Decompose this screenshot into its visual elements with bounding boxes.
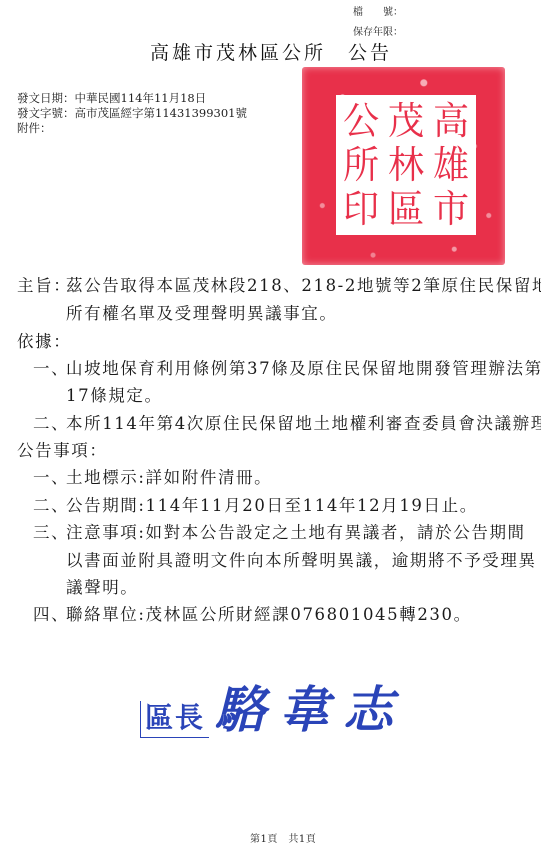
official-seal-stamp: 高 雄 市 茂 林 區 公 所 印 xyxy=(302,67,505,265)
basis-item-1-line-2: 17條規定。 xyxy=(66,382,163,406)
notice-item-4-number: 四、 xyxy=(33,601,69,625)
notice-item-2-number: 二、 xyxy=(33,492,69,516)
seal-character: 區 xyxy=(388,188,424,230)
seal-character: 市 xyxy=(433,188,469,230)
notice-item-1-number: 一、 xyxy=(33,464,69,488)
page-title: 高雄市茂林區公所 公告 xyxy=(150,38,392,65)
signature-title: 區長 xyxy=(140,701,209,738)
seal-character: 高 xyxy=(433,100,469,142)
page-number: 第1頁 共1頁 xyxy=(250,830,316,845)
seal-column-2: 茂 林 區 xyxy=(384,99,428,231)
seal-character: 雄 xyxy=(433,144,469,186)
basis-label: 依據： xyxy=(17,328,71,352)
attachment-label: 附件： xyxy=(17,121,52,136)
notice-item-2-line-1: 公告期間:114年11月20日至114年12月19日止。 xyxy=(66,492,478,516)
notice-item-3-line-3: 議聲明。 xyxy=(66,574,138,598)
notice-item-3-line-1: 注意事項:如對本公告設定之土地有異議者，請於公告期間 xyxy=(66,519,526,543)
reference-number-value: 高市茂區經字第11431399301號 xyxy=(75,106,247,120)
seal-character: 公 xyxy=(343,100,379,142)
seal-character: 印 xyxy=(343,188,379,230)
reference-number-label: 發文字號： xyxy=(17,106,75,120)
basis-item-2-line-1: 本所114年第4次原住民保留地土地權利審查委員會決議辦理。 xyxy=(66,410,541,434)
file-number-label: 檔 號： xyxy=(353,3,403,18)
subject-label: 主旨： xyxy=(17,272,71,296)
notice-item-3-line-2: 以書面並附具證明文件向本所聲明異議，逾期將不予受理異 xyxy=(66,547,537,571)
notice-item-3-number: 三、 xyxy=(33,519,69,543)
signature-name: 駱韋志 xyxy=(215,682,407,738)
seal-column-3: 公 所 印 xyxy=(339,99,383,231)
basis-item-2-number: 二、 xyxy=(33,410,69,434)
notice-item-4-line-1: 聯絡單位:茂林區公所財經課076801045轉230。 xyxy=(66,601,472,625)
seal-character: 所 xyxy=(343,144,379,186)
subject-line-1: 茲公告取得本區茂林段218、218-2地號等2筆原住民保留地 xyxy=(66,272,541,296)
notice-item-1-line-1: 土地標示:詳如附件清冊。 xyxy=(66,464,272,488)
issue-date-value: 中華民國114年11月18日 xyxy=(75,91,207,105)
seal-column-1: 高 雄 市 xyxy=(429,99,473,231)
reference-number-row: 發文字號：高市茂區經字第11431399301號 xyxy=(17,106,247,121)
issue-date-label: 發文日期： xyxy=(17,91,75,105)
notice-label: 公告事項： xyxy=(17,437,108,461)
seal-character: 林 xyxy=(388,144,424,186)
retention-period-label: 保存年限： xyxy=(353,23,403,38)
seal-inner-field: 高 雄 市 茂 林 區 公 所 印 xyxy=(336,95,476,235)
seal-character: 茂 xyxy=(388,100,424,142)
director-signature-stamp: 區長 駱韋志 xyxy=(140,682,407,738)
basis-item-1-line-1: 山坡地保育利用條例第37條及原住民保留地開發管理辦法第 xyxy=(66,355,541,379)
issue-date-row: 發文日期：中華民國114年11月18日 xyxy=(17,91,206,106)
subject-line-2: 所有權名單及受理聲明異議事宜。 xyxy=(66,300,338,324)
basis-item-1-number: 一、 xyxy=(33,355,69,379)
